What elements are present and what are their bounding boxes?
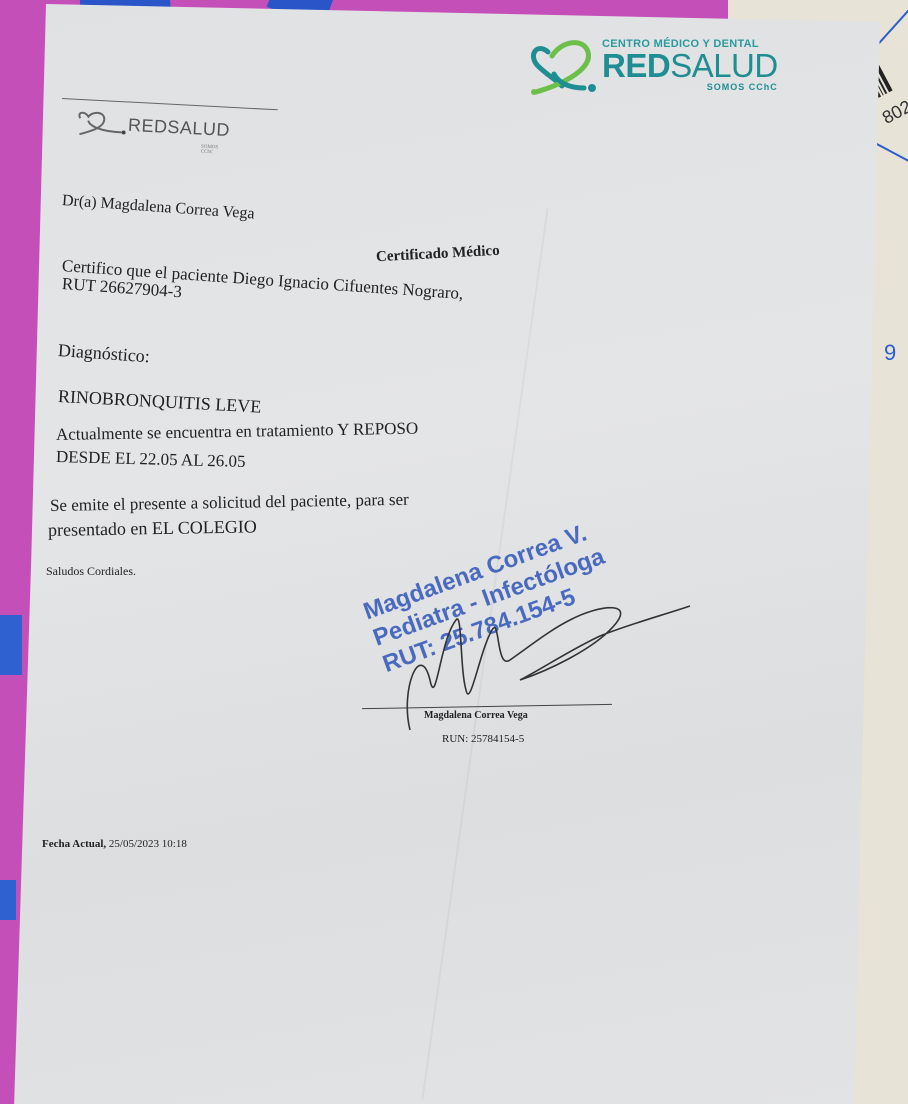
heart-logo-icon [528,34,598,96]
background-blue-shape [0,615,22,675]
brand-name: REDSALUD [602,50,778,82]
date-value: 25/05/2023 10:18 [109,838,187,850]
letterhead-tagline: SOMOS CChC [201,145,230,156]
edge-mark: 9 [884,340,896,366]
heart-logo-icon [73,108,126,139]
issue-date: Fecha Actual, 25/05/2023 10:18 [42,838,187,850]
certificate-paper [14,4,880,1104]
closing-regards: Saludos Cordiales. [46,564,136,579]
signatory-rut: RUN: 25784154-5 [442,733,524,745]
signatory-name: Magdalena Correa Vega [424,710,528,721]
letterhead-logo-text: REDSALUD [127,114,230,140]
redsalud-logo: CENTRO MÉDICO Y DENTAL REDSALUD SOMOS CC… [528,34,778,96]
purpose-destination: presentado en EL COLEGIO [48,516,257,541]
background-blue-shape [0,880,16,920]
date-label: Fecha Actual, [42,838,106,850]
